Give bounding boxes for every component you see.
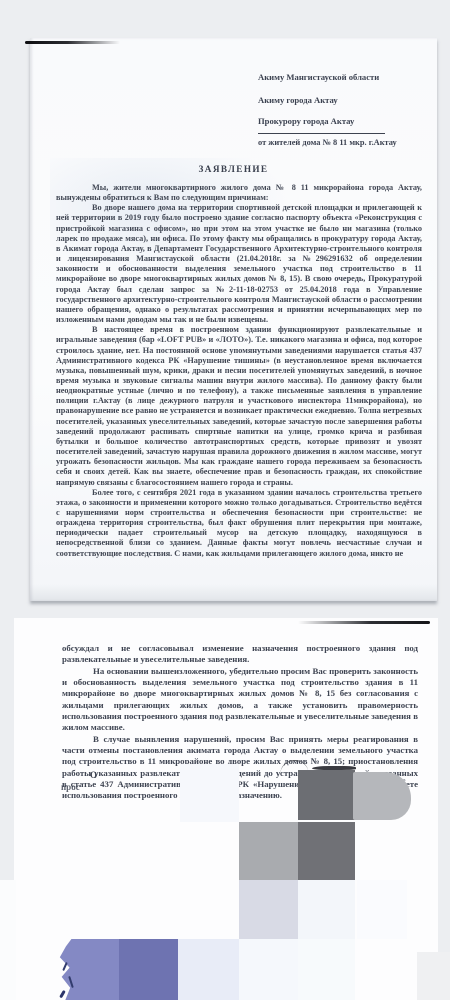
redaction-block-signature: [58, 939, 119, 1000]
paragraph-continuation: обсуждал и не согласовывал изменение наз…: [62, 643, 418, 666]
recipient-line: Акиму города Актау: [258, 95, 338, 105]
letter-page-1: Акиму Мангистауской области Акиму города…: [30, 38, 437, 601]
signature-ink-stroke: [62, 962, 67, 971]
redaction-block: [353, 772, 411, 820]
scanned-letter-screenshot: Акиму Мангистауской области Акиму города…: [0, 0, 450, 1000]
redaction-block-signature: [119, 939, 178, 1000]
redaction-block: [357, 880, 407, 939]
scan-edge-artifact-top2: [298, 621, 430, 624]
redaction-block: [298, 880, 355, 939]
page1-body-text: Мы, жители многоквартирного жилого дома …: [56, 183, 422, 559]
address-underline: [258, 133, 385, 134]
paragraph: Во дворе нашего дома на территории спорт…: [56, 203, 422, 325]
recipient-line: Акиму Мангистауской области: [258, 72, 379, 82]
page-edge-extension: [0, 880, 16, 1000]
redaction-block: [298, 939, 355, 1000]
paragraph: Более того, с сентября 2021 года в указа…: [56, 488, 422, 559]
letter-page-2: обсуждал и не согласовывал изменение наз…: [14, 618, 438, 1000]
text-fragment: прос: [61, 782, 80, 792]
redaction-block: [239, 822, 298, 880]
redaction-block: [298, 770, 355, 820]
recipient-line: Прокурору города Актау: [258, 116, 354, 126]
scan-edge-artifact-top: [25, 41, 120, 44]
sender-line: от жителей дома № 8 11 мкр. г.Актау: [258, 138, 397, 148]
redaction-block: [178, 939, 239, 1000]
redaction-block: [239, 939, 298, 1000]
document-title: ЗАЯВЛЕНИЕ: [30, 164, 437, 174]
redaction-block: [180, 764, 239, 822]
paragraph: В настоящее время в построенном здании ф…: [56, 325, 422, 488]
redaction-block: [239, 880, 298, 939]
blurred-handwriting-edge: [312, 766, 356, 770]
paragraph: На основании вышеизложенного, убедительн…: [62, 666, 418, 734]
paragraph: Мы, жители многоквартирного жилого дома …: [56, 183, 422, 203]
text-fragment: О: [90, 770, 97, 780]
background-notch: [417, 952, 450, 1000]
signature-ink-stroke: [59, 990, 65, 998]
redaction-block: [298, 822, 355, 880]
